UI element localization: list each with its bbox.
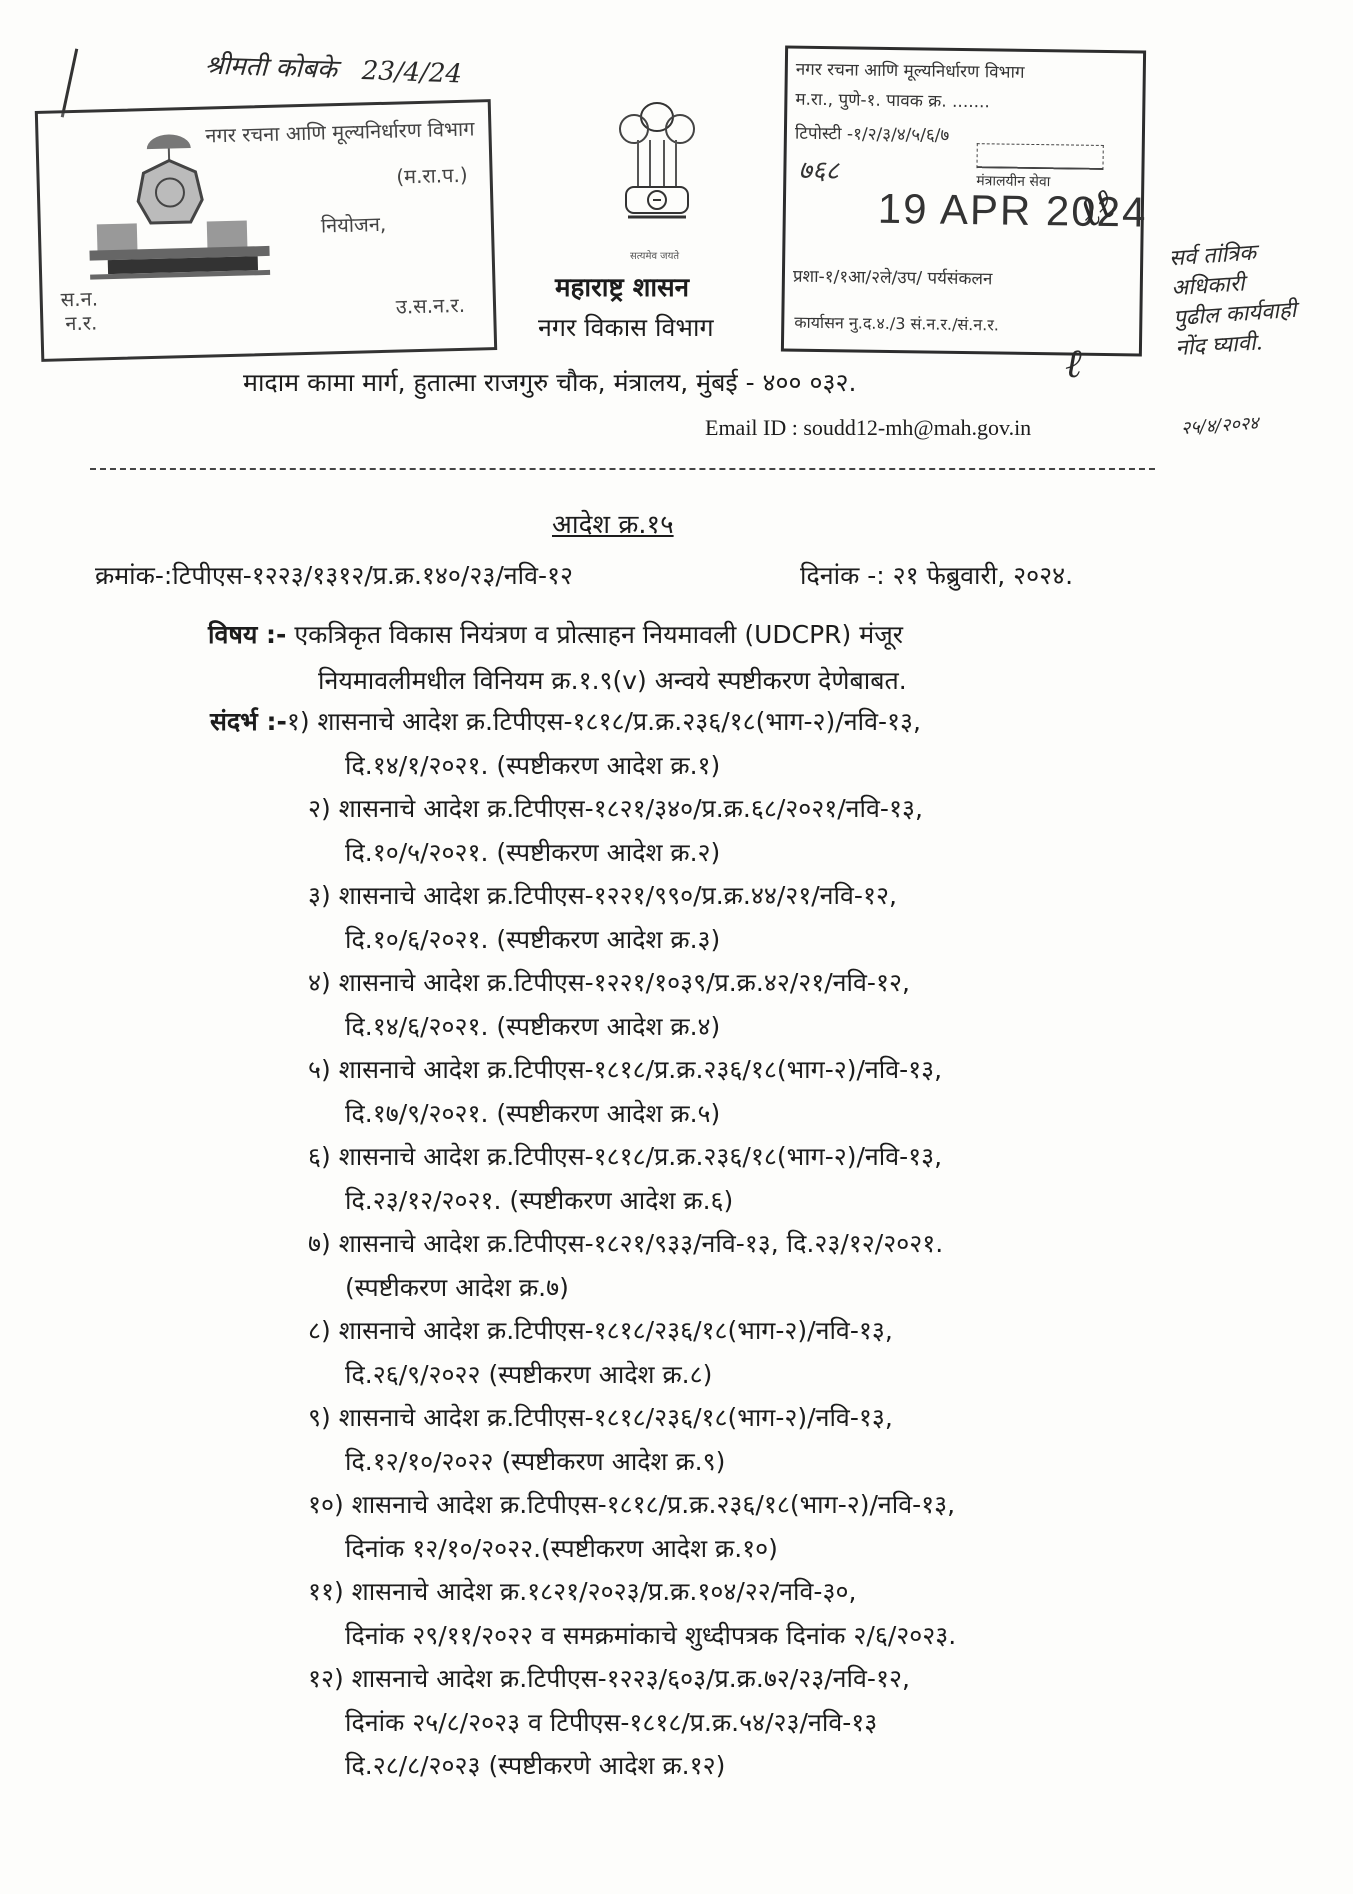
reference-item: ११) शासनाचे आदेश क्र.१८२१/२०२३/प्र.क्र.१… bbox=[210, 1570, 1210, 1657]
reference-item: १२) शासनाचे आदेश क्र.टिपीएस-१२२३/६०३/प्र… bbox=[210, 1657, 1210, 1788]
stamp-right-line5: प्रशा-१/१आ/२ले/उप/ पर्यसंकलन bbox=[793, 264, 993, 290]
reference-item: ४) शासनाचे आदेश क्र.टिपीएस-१२२१/१०३९/प्र… bbox=[210, 961, 1210, 1048]
order-date: दिनांक -: २१ फेब्रुवारी, २०२४. bbox=[800, 558, 1073, 592]
reference-item: ३) शासनाचे आदेश क्र.टिपीएस-१२२१/९९०/प्र.… bbox=[210, 874, 1210, 961]
reference-line: दिनांक २९/११/२०२२ व समक्रमांकाचे शुध्दीप… bbox=[210, 1614, 1210, 1658]
subject-label: विषय :- bbox=[208, 620, 286, 649]
emblem-motto: सत्यमेव जयते bbox=[630, 248, 679, 262]
reference-item: २) शासनाचे आदेश क्र.टिपीएस-१८२१/३४०/प्र.… bbox=[210, 787, 1210, 874]
stamp-left-nr: न.र. bbox=[65, 308, 98, 336]
reference-line: ६) शासनाचे आदेश क्र.टिपीएस-१८१८/प्र.क्र.… bbox=[210, 1135, 1210, 1179]
reference-line: दि.२८/८/२०२३ (स्पष्टीकरणे आदेश क्र.१२) bbox=[210, 1744, 1210, 1788]
reference-item: १०) शासनाचे आदेश क्र.टिपीएस-१८१८/प्र.क्र… bbox=[210, 1483, 1210, 1570]
department-name: नगर विकास विभाग bbox=[538, 310, 714, 344]
government-name: महाराष्ट्र शासन bbox=[555, 268, 689, 304]
stamp-left-dsnr: उ.स.न.र. bbox=[395, 291, 465, 320]
stamp-left-line3: नियोजन, bbox=[321, 210, 387, 239]
stamp-right-line2: म.रा., पुणे-१. पावक क्र. ....... bbox=[795, 87, 990, 113]
reference-line: दि.२६/९/२०२२ (स्पष्टीकरण आदेश क्र.८) bbox=[210, 1353, 1210, 1397]
reference-line: (स्पष्टीकरण आदेश क्र.७) bbox=[210, 1266, 1210, 1310]
subject-line2: नियमावलीमधील विनियम क्र.१.९(v) अन्वये स्… bbox=[208, 658, 907, 704]
reference-line: १२) शासनाचे आदेश क्र.टिपीएस-१२२३/६०३/प्र… bbox=[210, 1657, 1210, 1701]
reference-item: संदर्भ :-१) शासनाचे आदेश क्र.टिपीएस-१८१८… bbox=[210, 700, 1210, 787]
reference-line: ८) शासनाचे आदेश क्र.टिपीएस-१८१८/२३६/१८(भ… bbox=[210, 1309, 1210, 1353]
reference-line: दि.२३/१२/२०२१. (स्पष्टीकरण आदेश क्र.६) bbox=[210, 1179, 1210, 1223]
reference-item: ५) शासनाचे आदेश क्र.टिपीएस-१८१८/प्र.क्र.… bbox=[210, 1048, 1210, 1135]
reference-line: दिनांक १२/१०/२०२२.(स्पष्टीकरण आदेश क्र.१… bbox=[210, 1527, 1210, 1571]
references-label: संदर्भ :- bbox=[210, 707, 287, 736]
top-note-date: 23/4/24 bbox=[361, 56, 462, 89]
order-subject: विषय :- एकत्रिकृत विकास नियंत्रण व प्रोत… bbox=[208, 612, 907, 704]
stamp-left-line2: (म.रा.प.) bbox=[396, 161, 468, 190]
reference-line: दि.१२/१०/२०२२ (स्पष्टीकरण आदेश क्र.९) bbox=[210, 1440, 1210, 1484]
stamp-right-line1: नगर रचना आणि मूल्यनिर्धारण विभाग bbox=[796, 57, 1025, 83]
reference-line: ५) शासनाचे आदेश क्र.टिपीएस-१८१८/प्र.क्र.… bbox=[210, 1048, 1210, 1092]
order-reference-number: क्रमांक-:टिपीएस-१२२३/१३१२/प्र.क्र.१४०/२३… bbox=[95, 558, 573, 592]
reference-line: ४) शासनाचे आदेश क्र.टिपीएस-१२२१/१०३९/प्र… bbox=[210, 961, 1210, 1005]
subject-line1: एकत्रिकृत विकास नियंत्रण व प्रोत्साहन नि… bbox=[294, 620, 903, 649]
handwritten-top-note: श्रीमती कोबके 23/4/24 bbox=[204, 46, 462, 91]
reference-item: ६) शासनाचे आदेश क्र.टिपीएस-१८१८/प्र.क्र.… bbox=[210, 1135, 1210, 1222]
reference-line: ९) शासनाचे आदेश क्र.टिपीएस-१८१८/२३६/१८(भ… bbox=[210, 1396, 1210, 1440]
building-emblem-icon bbox=[76, 127, 300, 283]
reference-line: संदर्भ :-१) शासनाचे आदेश क्र.टिपीएस-१८१८… bbox=[210, 700, 1210, 744]
order-title: आदेश क्र.१५ bbox=[552, 505, 674, 541]
stamp-right-line3: टिपोस्टी -१/२/३/४/५/६/७ bbox=[795, 121, 950, 146]
reference-item: ७) शासनाचे आदेश क्र.टिपीएस-१८२१/९३३/नवि-… bbox=[210, 1222, 1210, 1309]
document-page: श्रीमती कोबके 23/4/24 नगर रचना आणि मूल्य… bbox=[0, 0, 1353, 1894]
reference-line: दिनांक २५/८/२०२३ व टिपीएस-१८१८/प्र.क्र.५… bbox=[210, 1701, 1210, 1745]
stamp-left-line1: नगर रचना आणि मूल्यनिर्धारण विभाग bbox=[205, 115, 475, 149]
pen-mark bbox=[61, 48, 78, 117]
stamp-right-line6: कार्यासन नु.द.४./3 सं.न.र./सं.न.र. bbox=[794, 311, 999, 336]
office-address: मादाम कामा मार्ग, हुतात्मा राजगुरु चौक, … bbox=[243, 365, 856, 399]
signature-mark: ℓ bbox=[1065, 340, 1082, 387]
references-list: संदर्भ :-१) शासनाचे आदेश क्र.टिपीएस-१८१८… bbox=[210, 700, 1210, 1788]
reference-item: ८) शासनाचे आदेश क्र.टिपीएस-१८१८/२३६/१८(भ… bbox=[210, 1309, 1210, 1396]
top-note-text: श्रीमती कोबके bbox=[204, 51, 337, 86]
header-divider bbox=[90, 468, 1155, 470]
note-date: २५/४/२०२४ bbox=[1180, 406, 1305, 445]
reference-line: दि.१४/१/२०२१. (स्पष्टीकरण आदेश क्र.१) bbox=[210, 744, 1210, 788]
reference-line: २) शासनाचे आदेश क्र.टिपीएस-१८२१/३४०/प्र.… bbox=[210, 787, 1210, 831]
reference-line: १०) शासनाचे आदेश क्र.टिपीएस-१८१८/प्र.क्र… bbox=[210, 1483, 1210, 1527]
inward-number: ७६८ bbox=[798, 151, 839, 188]
handwritten-right-note: सर्व तांत्रिक अधिकारी पुढील कार्यवाही नो… bbox=[1168, 236, 1305, 444]
reference-line: ११) शासनाचे आदेश क्र.१८२१/२०२३/प्र.क्र.१… bbox=[210, 1570, 1210, 1614]
reference-line: दि.१४/६/२०२१. (स्पष्टीकरण आदेश क्र.४) bbox=[210, 1005, 1210, 1049]
department-stamp-left: नगर रचना आणि मूल्यनिर्धारण विभाग (म.रा.प… bbox=[35, 99, 497, 362]
reference-item: ९) शासनाचे आदेश क्र.टिपीएस-१८१८/२३६/१८(भ… bbox=[210, 1396, 1210, 1483]
reference-line: दि.१७/९/२०२१. (स्पष्टीकरण आदेश क्र.५) bbox=[210, 1092, 1210, 1136]
reference-line: दि.१०/६/२०२१. (स्पष्टीकरण आदेश क्र.३) bbox=[210, 918, 1210, 962]
stamp-box bbox=[976, 143, 1103, 170]
reference-line: ३) शासनाचे आदेश क्र.टिपीएस-१२२१/९९०/प्र.… bbox=[210, 874, 1210, 918]
reference-line: ७) शासनाचे आदेश क्र.टिपीएस-१८२१/९३३/नवि-… bbox=[210, 1222, 1210, 1266]
reference-line: दि.१०/५/२०२१. (स्पष्टीकरण आदेश क्र.२) bbox=[210, 831, 1210, 875]
office-email: Email ID : soudd12-mh@mah.gov.in bbox=[705, 415, 1031, 441]
ashoka-emblem-icon bbox=[612, 95, 702, 225]
